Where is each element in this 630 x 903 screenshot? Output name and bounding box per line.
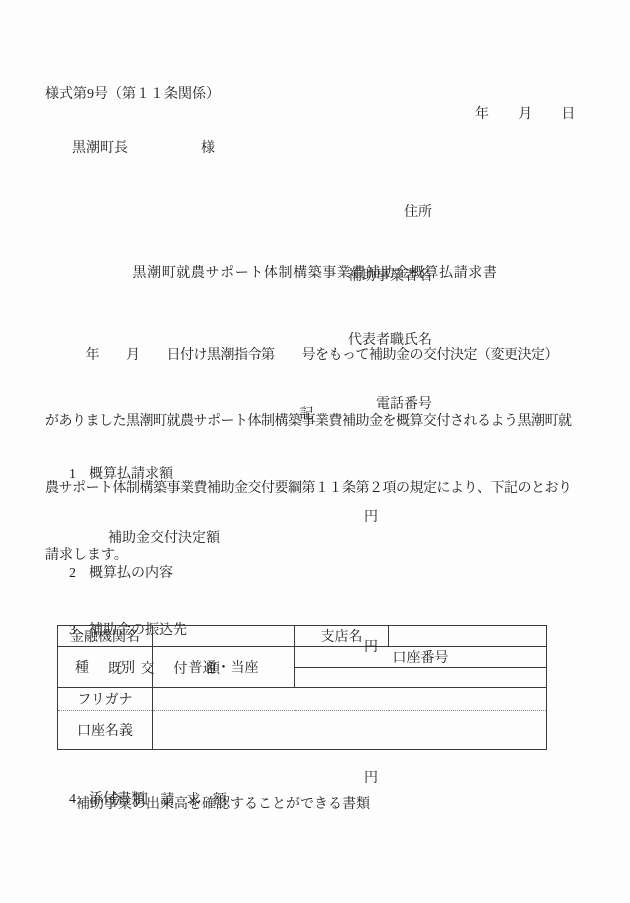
addressee-honorific: 様 [201,141,215,156]
addressee-name: 黒潮町長 [72,141,128,156]
furigana-label: フリガナ [58,688,153,711]
account-holder-cell [153,711,547,750]
account-type-label-text: 種 別 [75,657,135,677]
account-holder-label: 口座名義 [58,711,153,750]
yen-unit: 円 [364,768,378,790]
bank-name-cell [153,626,295,647]
account-number-label: 口座番号 [295,647,547,668]
bank-transfer-table: 金融機関名 支店名 種 別 普通・当座 口座番号 フリガナ 口座名義 [57,625,547,750]
form-number: 様式第9号（第１１条関係） [45,83,220,103]
yen-unit: 円 [364,507,378,529]
addressee-line: 黒潮町長様 [58,121,215,173]
section2-heading: 2概算払の内容 [55,546,173,598]
branch-name-label: 支店名 [295,626,389,647]
section2-title: 概算払の内容 [89,566,173,581]
document-title: 黒潮町就農サポート体制構築事業費補助金概算払請求書 [0,262,630,282]
section4-number: 4 [69,792,76,808]
body-line: 年 月 日付け黒潮指令第 号をもって補助金の交付決定（変更決定） [45,345,579,367]
account-number-cell [295,668,547,688]
applicant-address-label: 住所 [348,202,432,223]
record-marker: 記 [45,403,568,423]
account-type-label: 種 別 [58,647,153,688]
bank-name-label: 金融機関名 [58,626,153,647]
account-type-options: 普通・当座 [153,647,295,688]
branch-name-cell [389,626,547,647]
furigana-cell [153,688,547,711]
document-page: 様式第9号（第１１条関係） 年 月 日 黒潮町長様 住所 補助事業者名 代表者職… [0,0,630,903]
section2-number: 2 [69,566,76,582]
attachment-item: 補助事業の出来高を確認することができる書類 [76,793,370,813]
date-line: 年 月 日 [475,103,576,123]
section1-number: 1 [69,467,76,483]
